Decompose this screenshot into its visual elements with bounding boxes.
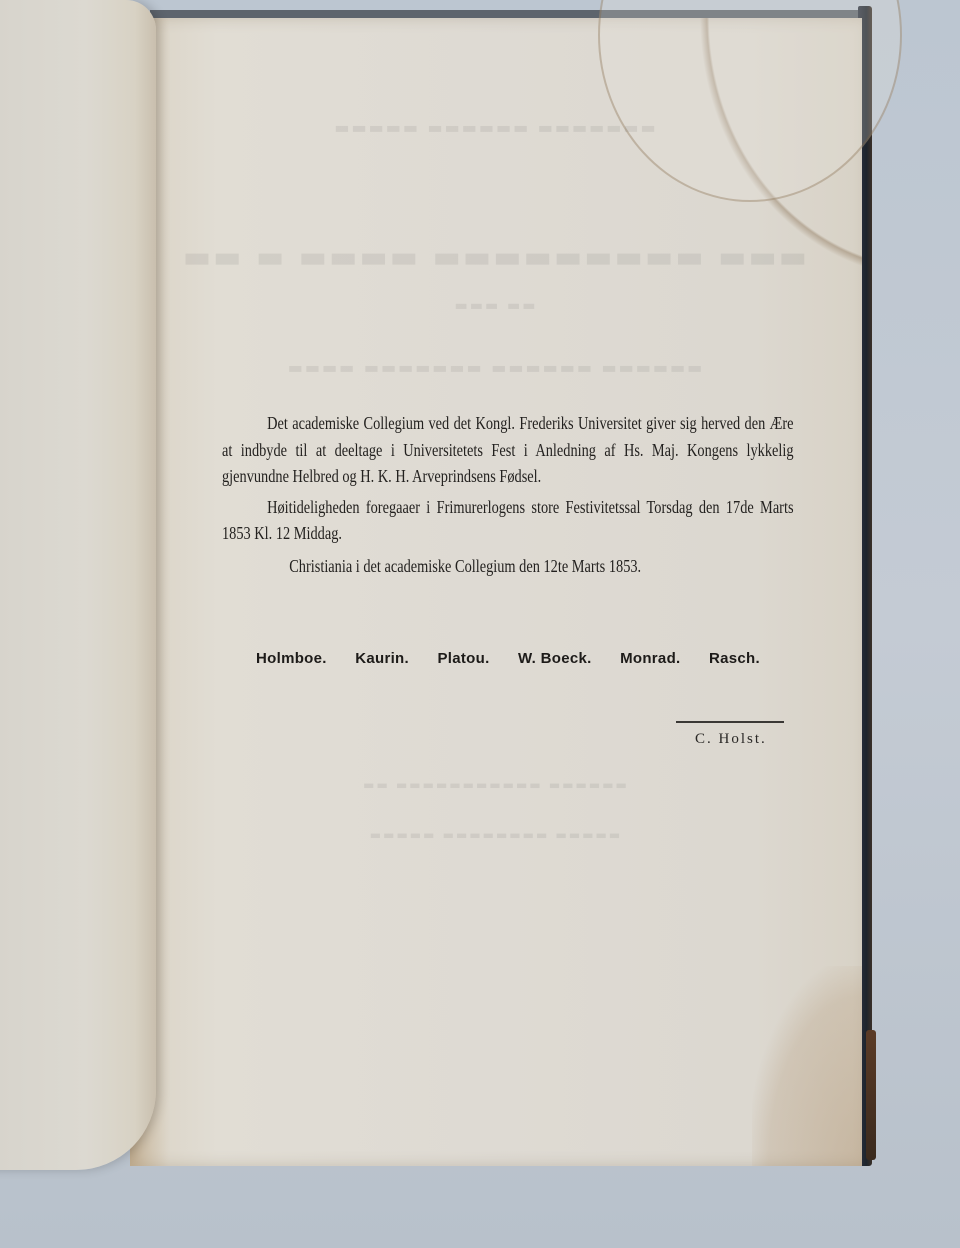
bleed-through-text: ▬▬ ▬ ▬▬▬▬ ▬▬▬▬▬▬▬▬▬ ▬▬▬ <box>130 240 862 275</box>
place-date-line: Christiania i det academiske Collegium d… <box>222 553 794 580</box>
signatory-name: Monrad. <box>620 650 680 667</box>
signatory-name: W. Boeck. <box>518 650 592 667</box>
bleed-through-text: ▬▬▬ ▬▬ <box>130 298 862 314</box>
bleed-through-text: ▬▬▬▬ ▬▬▬▬▬▬▬ ▬▬▬▬▬▬ ▬▬▬▬▬▬ <box>130 358 862 377</box>
signatory-name: Holmboe. <box>256 650 327 667</box>
signature-rule <box>676 721 784 723</box>
signatory-name: Kaurin. <box>355 650 409 667</box>
water-stain-bottom <box>752 966 862 1166</box>
right-page: ▬▬▬▬▬ ▬▬▬▬▬▬ ▬▬▬▬▬▬▬ ▬▬ ▬ ▬▬▬▬ ▬▬▬▬▬▬▬▬▬… <box>130 18 862 1166</box>
water-stain-top <box>598 0 902 202</box>
cover-wear <box>866 1030 876 1160</box>
invitation-paragraph: Det academiske Collegium ved det Kongl. … <box>222 410 794 490</box>
invitation-text: Det academiske Collegium ved det Kongl. … <box>222 410 794 579</box>
bleed-through-text: ▬▬▬▬▬ ▬▬▬▬▬▬ ▬▬▬▬▬▬▬ <box>130 118 862 137</box>
left-page <box>0 0 156 1170</box>
ceremony-paragraph: Høitideligheden foregaaer i Frimurerloge… <box>222 494 794 547</box>
signatory-name: Platou. <box>437 650 489 667</box>
photo-scene: ▬▬▬▬▬ ▬▬▬▬▬▬ ▬▬▬▬▬▬▬ ▬▬ ▬ ▬▬▬▬ ▬▬▬▬▬▬▬▬▬… <box>0 0 960 1248</box>
bleed-through-text: ▬▬ ▬▬▬▬▬▬▬▬▬▬▬ ▬▬▬▬▬▬ <box>130 778 862 792</box>
bleed-through-text: ▬▬▬▬▬ ▬▬▬▬▬▬▬▬ ▬▬▬▬▬ <box>130 828 862 842</box>
signatories-row: Holmboe. Kaurin. Platou. W. Boeck. Monra… <box>256 650 760 667</box>
countersignature: C. Holst. <box>695 731 767 748</box>
signatory-name: Rasch. <box>709 650 760 667</box>
